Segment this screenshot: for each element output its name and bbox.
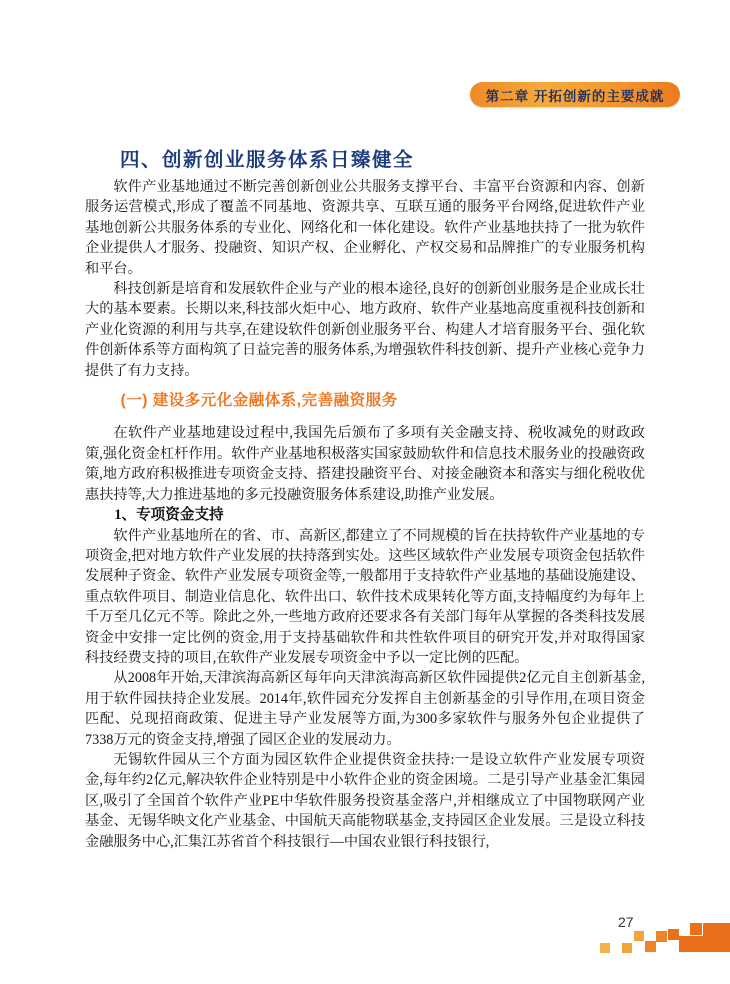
paragraph-2: 科技创新是培育和发展软件企业与产业的根本途径,良好的创新创业服务是企业成长壮大的… (85, 279, 645, 381)
chapter-badge-label: 第二章 开拓创新的主要成就 (486, 85, 665, 105)
mosaic-cell (622, 943, 632, 953)
paragraph-6: 无锡软件园从三个方面为园区软件企业提供资金扶持:一是设立软件产业发展专项资金,每… (85, 750, 645, 852)
mosaic-cell (645, 941, 656, 952)
mosaic-cell (634, 931, 644, 941)
mosaic-cell (703, 923, 730, 936)
mosaic-cell (656, 931, 667, 942)
subsection-heading: (一) 建设多元化金融体系,完善融资服务 (85, 391, 645, 411)
body-text-column: 软件产业基地通过不断完善创新创业公共服务支撑平台、丰富平台资源和内容、创新服务运… (85, 177, 645, 852)
paragraph-4: 软件产业基地所在的省、市、高新区,都建立了不同规模的旨在扶持软件产业基地的专项资… (85, 526, 645, 669)
numbered-heading: 1、专项资金支持 (85, 505, 645, 525)
section-title: 四、创新创业服务体系日臻健全 (120, 144, 414, 172)
mosaic-cell (668, 929, 679, 940)
mosaic-cell (690, 923, 702, 935)
document-page: 第二章 开拓创新的主要成就 四、创新创业服务体系日臻健全 软件产业基地通过不断完… (0, 0, 730, 984)
chapter-badge: 第二章 开拓创新的主要成就 (470, 82, 680, 107)
paragraph-5: 从2008年开始,天津滨海高新区每年向天津滨海高新区软件园提供2亿元自主创新基金… (85, 668, 645, 750)
mosaic-cell (600, 943, 610, 953)
paragraph-3: 在软件产业基地建设过程中,我国先后颁布了多项有关金融支持、税收减免的财政政策,强… (85, 423, 645, 505)
paragraph-1: 软件产业基地通过不断完善创新创业公共服务支撑平台、丰富平台资源和内容、创新服务运… (85, 177, 645, 279)
mosaic-cell (679, 936, 730, 952)
page-number: 27 (618, 914, 634, 930)
